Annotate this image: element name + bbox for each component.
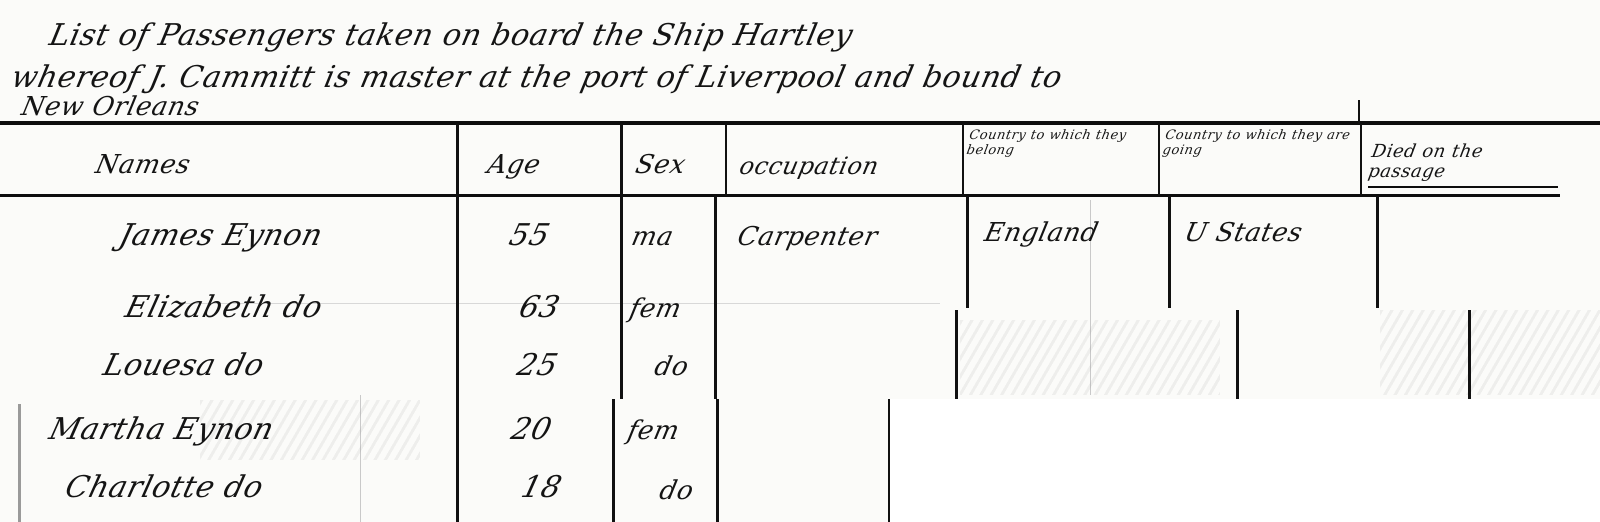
col-divider-age-sex-lower <box>612 399 615 522</box>
row-2-name: Elizabeth do <box>122 290 327 325</box>
heading-line-1: List of Passengers taken on board the Sh… <box>46 18 856 53</box>
row-4-sex: fem <box>625 416 683 446</box>
header-occupation: occupation <box>737 152 882 180</box>
row-1-age: 55 <box>506 218 554 253</box>
row-3-age: 25 <box>514 348 562 383</box>
row-1-occupation: Carpenter <box>735 222 881 252</box>
col-divider-occ-from-lower <box>955 310 958 400</box>
col-divider-name-age-lower <box>456 399 459 522</box>
died-underline <box>1368 186 1558 188</box>
col-divider-to-died-lower <box>1468 310 1471 400</box>
row-3-name: Louesa do <box>100 348 268 383</box>
row-5-name: Charlotte do <box>62 470 268 505</box>
heading-line-2: whereof J. Cammitt is master at the port… <box>8 60 1065 95</box>
row-1-country-to: U States <box>1182 218 1306 248</box>
row-1-sex: ma <box>629 222 677 252</box>
col-divider-sex-occ-header <box>725 124 727 196</box>
col-divider-age-sex <box>620 124 623 399</box>
header-country-from: Country to which they belong <box>965 128 1155 158</box>
header-age: Age <box>485 150 544 180</box>
col-divider-occ-from <box>966 196 969 308</box>
row-5-sex: do <box>657 476 697 506</box>
row-4-age: 20 <box>508 412 556 447</box>
row-4-name: Martha Eynon <box>46 412 278 447</box>
blank-area <box>890 399 1600 522</box>
col-divider-sex-occ <box>714 196 717 399</box>
rule-tick <box>1358 100 1360 124</box>
header-country-to: Country to which they are going <box>1161 128 1356 158</box>
row-1-country-from: England <box>982 218 1101 248</box>
heading-line-3: New Orleans <box>19 92 203 122</box>
header-died: Died on the passage <box>1366 142 1553 182</box>
strip-right-edge <box>888 399 890 522</box>
row-1-name: James Eynon <box>116 218 327 253</box>
col-divider-to-died <box>1376 196 1379 308</box>
header-names: Names <box>93 150 194 180</box>
col-divider-from-to-header <box>1158 124 1160 196</box>
col-divider-occ-from-header <box>962 124 964 196</box>
col-divider-from-to <box>1168 196 1171 308</box>
row-2-age: 63 <box>516 290 564 325</box>
header-bottom-rule <box>0 194 1560 197</box>
paper-stain <box>960 320 1220 395</box>
col-divider-sex-occ-lower <box>716 399 719 522</box>
paper-stain <box>1380 310 1600 395</box>
manifest-page: List of Passengers taken on board the Sh… <box>0 0 1600 522</box>
col-divider-to-died-header <box>1360 124 1362 196</box>
row-2-sex: fem <box>627 294 685 324</box>
row-3-sex: do <box>652 352 692 382</box>
row-5-age: 18 <box>518 470 566 505</box>
col-divider-name-age <box>456 124 459 399</box>
header-sex: Sex <box>633 150 689 180</box>
col-divider-from-to-lower <box>1236 310 1239 400</box>
strip-left-edge <box>18 404 21 522</box>
